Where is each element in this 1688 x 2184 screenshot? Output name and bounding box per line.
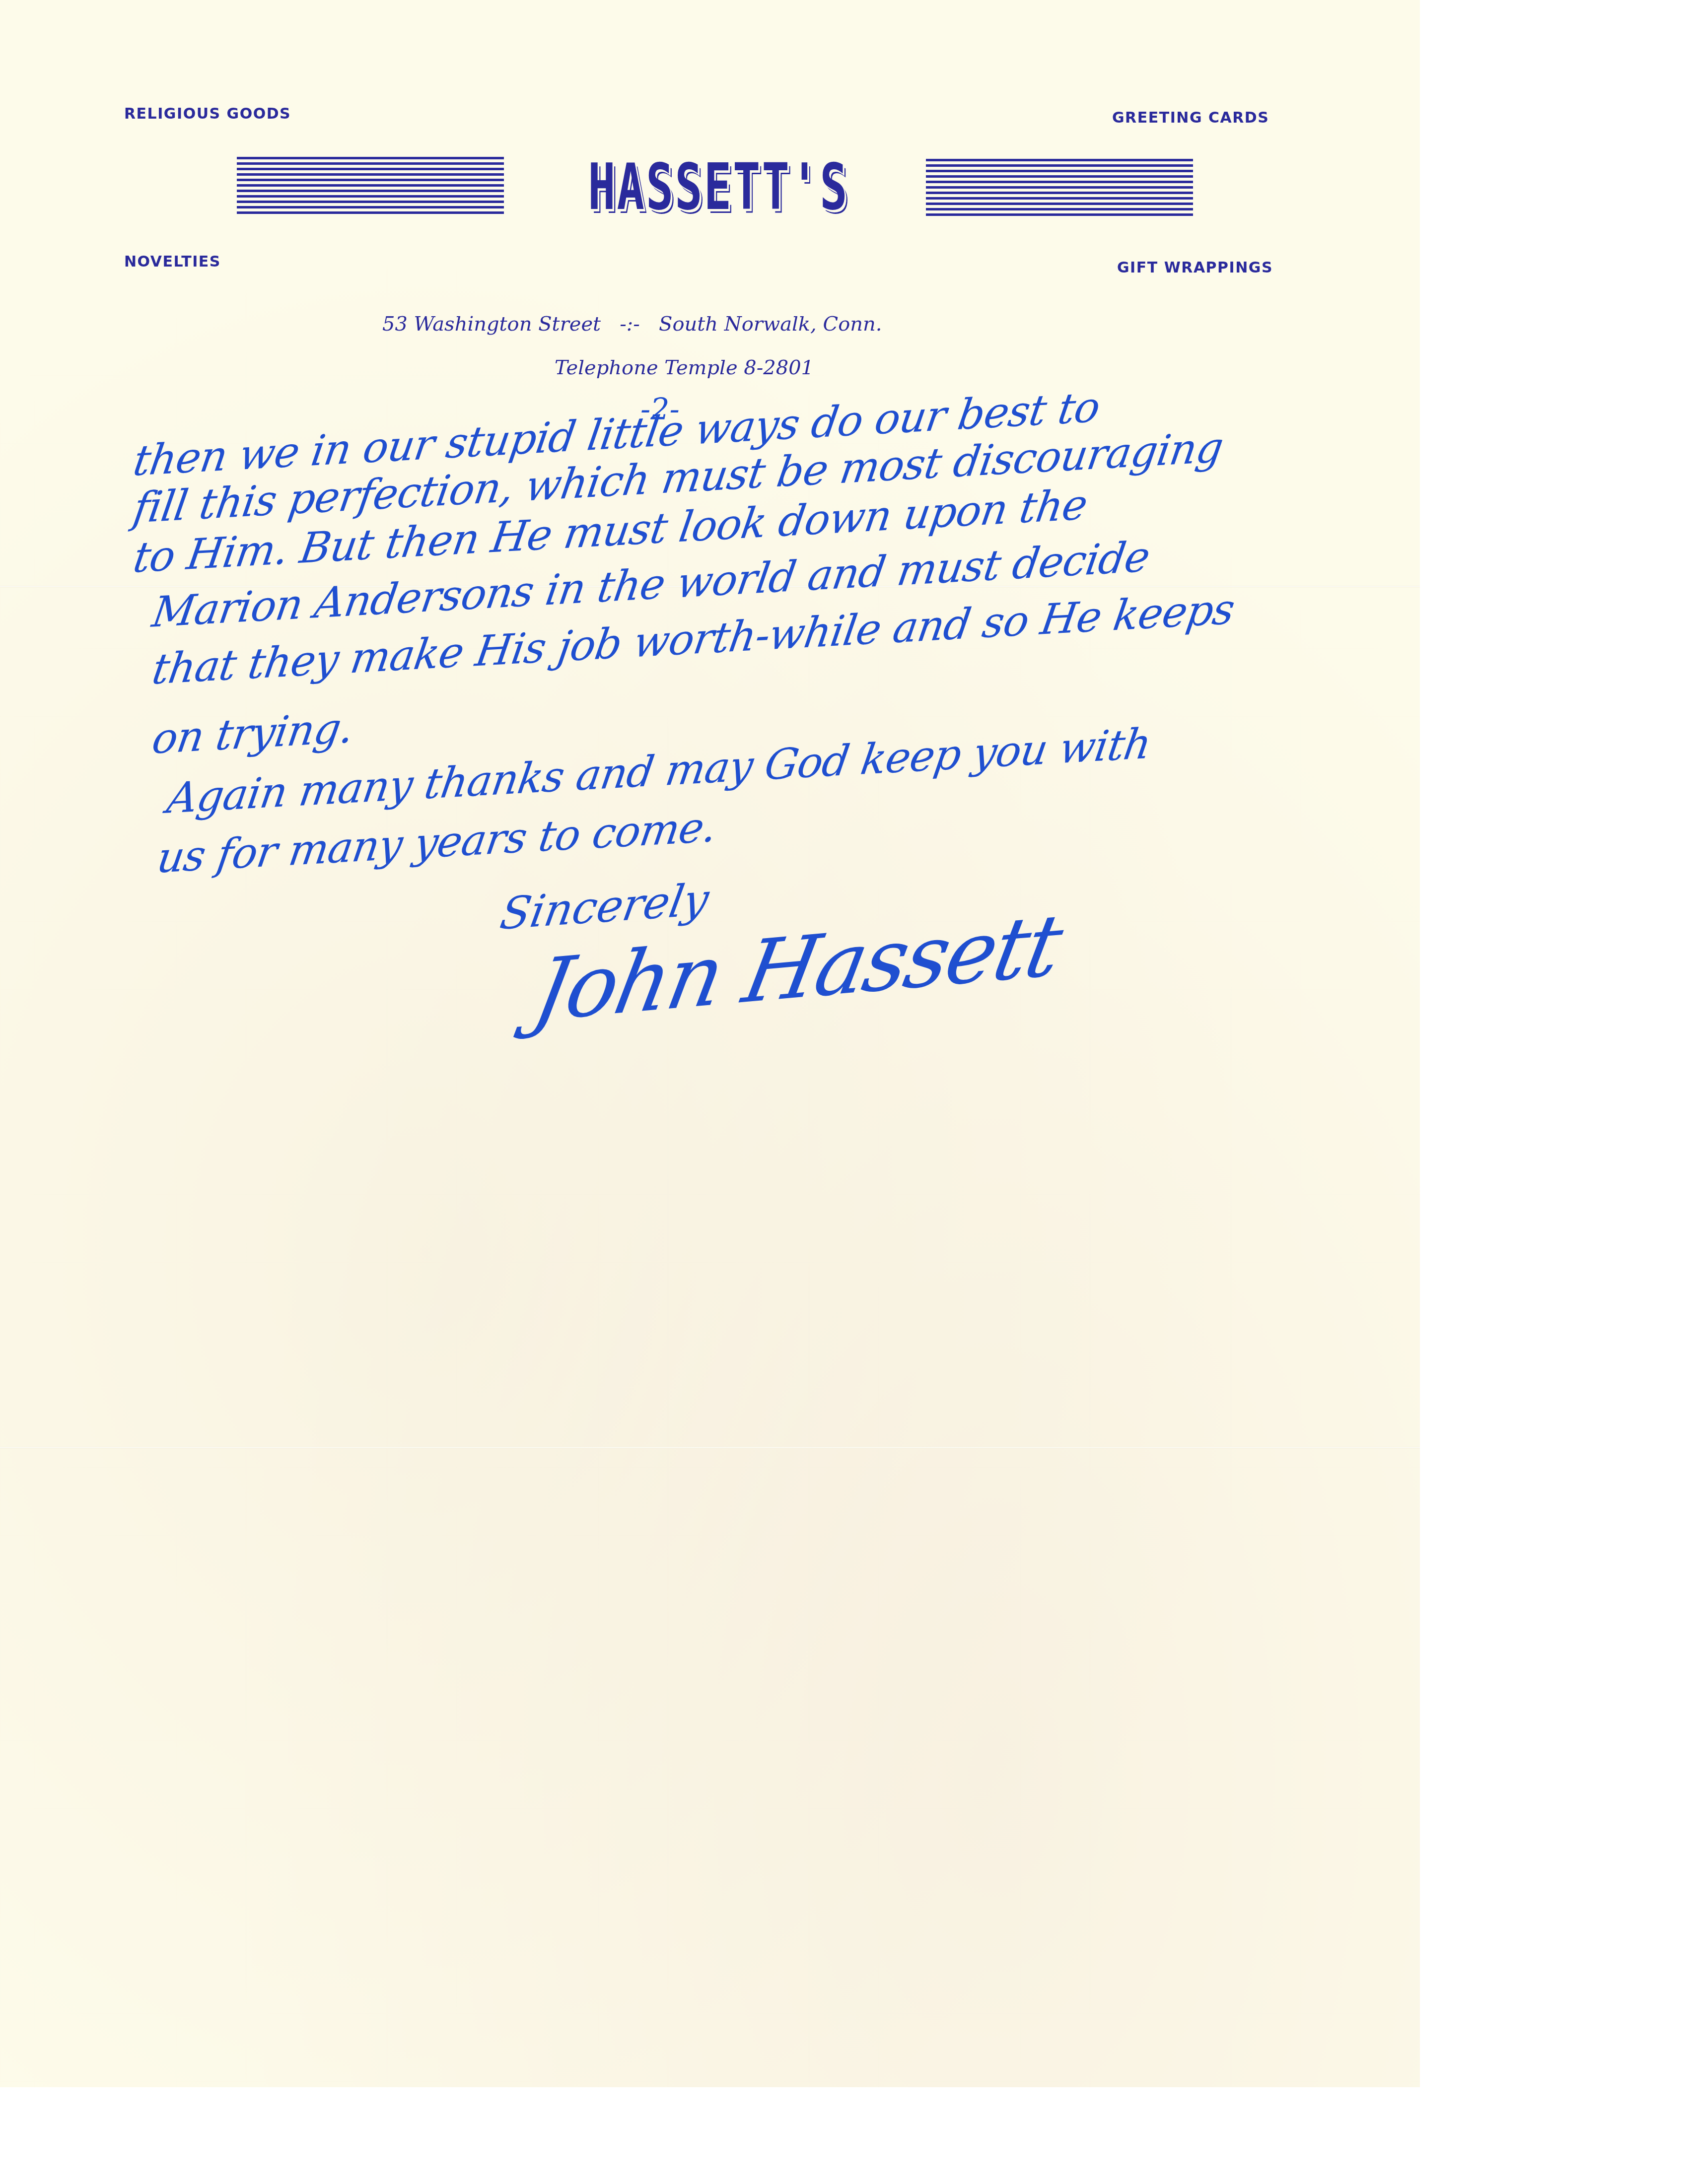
letterhead-business-name: HASSETT'S	[588, 155, 844, 220]
letterhead-novelties: NOVELTIES	[124, 253, 221, 271]
letterhead-gift-wrappings: GIFT WRAPPINGS	[1117, 259, 1273, 276]
letter-paper: RELIGIOUS GOODS GREETING CARDS HASSETT'S…	[0, 0, 1420, 2087]
letterhead-stripes-right	[926, 159, 1193, 218]
letter-line-6: on trying.	[149, 703, 357, 763]
letterhead-telephone: Telephone Temple 8-2801	[555, 356, 814, 379]
fold-crease-lower	[0, 1447, 1420, 1448]
letterhead-address: 53 Washington Street -:- South Norwalk, …	[382, 313, 882, 336]
letterhead-stripes-left	[237, 157, 504, 216]
letterhead-greeting-cards: GREETING CARDS	[1112, 109, 1269, 127]
letterhead-religious-goods: RELIGIOUS GOODS	[124, 105, 291, 123]
